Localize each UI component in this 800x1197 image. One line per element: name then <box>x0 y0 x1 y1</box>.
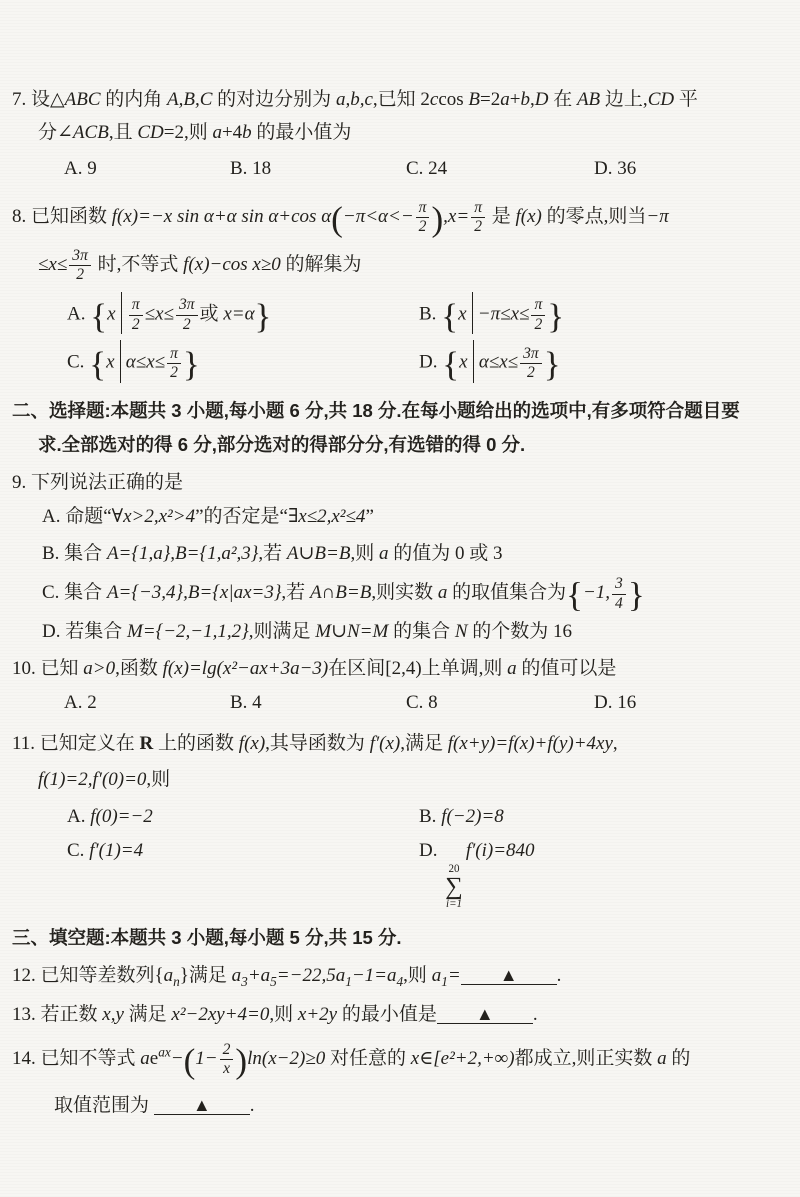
q9-option-b: B. 集合 A={1,a},B={1,a²,3},若 A∪B=B,则 a 的值为… <box>12 540 786 569</box>
q7-option-d: D. 36 <box>594 155 786 184</box>
fraction: π2 <box>471 200 485 236</box>
q11-option-d: D. 20∑i=1f′(i)=840 <box>419 837 786 910</box>
q14-line-1: 14. 已知不等式 aeax−(1−2x)ln(x−2)≥0 对任意的 x∈[e… <box>12 1042 786 1078</box>
set-builder-bar <box>120 340 121 383</box>
q8-option-a: A. {xπ2≤x≤3π2或 x=α} <box>67 292 419 335</box>
q8-line-1: 8. 已知函数 f(x)=−x sin α+α sin α+cos α(−π<α… <box>12 200 786 236</box>
q10-option-d: D. 16 <box>594 689 786 718</box>
fraction: 34 <box>612 576 626 612</box>
set-builder-bar <box>473 340 474 383</box>
fraction: π2 <box>531 297 545 333</box>
fraction: π2 <box>167 346 181 382</box>
q8-options-row-1: A. {xπ2≤x≤3π2或 x=α} B. {x−π≤x≤π2} <box>12 292 786 335</box>
q11-options-row-1: A. f(0)=−2 B. f(−2)=8 <box>12 803 786 832</box>
q7-options-row: A. 9 B. 18 C. 24 D. 36 <box>12 155 786 184</box>
q11-line-2: f(1)=2,f′(0)=0,则 <box>12 766 786 795</box>
q9-option-d: D. 若集合 M={−2,−1,1,2},则满足 M∪N=M 的集合 N 的个数… <box>12 618 786 647</box>
q10-options-row: A. 2 B. 4 C. 8 D. 16 <box>12 689 786 718</box>
q11-line-1: 11. 已知定义在 R 上的函数 f(x),其导函数为 f′(x),满足 f(x… <box>12 730 786 759</box>
q13-line-1: 13. 若正数 x,y 满足 x²−2xy+4=0,则 x+2y 的最小值是▲. <box>12 1001 786 1030</box>
fraction: π2 <box>129 297 143 333</box>
q8-line-2: ≤x≤3π2 时,不等式 f(x)−cos x≥0 的解集为 <box>12 248 786 284</box>
q7-line-2: 分∠ACB,且 CD=2,则 a+4b 的最小值为 <box>12 119 786 148</box>
q11-options-row-2: C. f′(1)=4 D. 20∑i=1f′(i)=840 <box>12 837 786 910</box>
q14-line-2: 取值范围为 ▲. <box>12 1092 786 1121</box>
q9-stem: 9. 下列说法正确的是 <box>12 469 786 498</box>
q10-option-c: C. 8 <box>406 689 594 718</box>
section-3-header: 三、填空题:本题共 3 小题,每小题 5 分,共 15 分. <box>12 924 786 952</box>
q11-option-c: C. f′(1)=4 <box>67 837 419 910</box>
q10-option-a: A. 2 <box>64 689 230 718</box>
q10-option-b: B. 4 <box>230 689 406 718</box>
summation-sigma: 20∑i=1 <box>445 864 463 910</box>
section-2-header-line-1: 二、选择题:本题共 3 小题,每小题 6 分,共 18 分.在每小题给出的选项中… <box>12 397 786 425</box>
q9-option-a: A. 命题“∀x>2,x²>4”的否定是“∃x≤2,x²≤4” <box>12 503 786 532</box>
q9-option-c: C. 集合 A={−3,4},B={x|ax=3},若 A∩B=B,则实数 a … <box>12 576 786 612</box>
fraction: 3π2 <box>69 248 91 284</box>
q7-option-a: A. 9 <box>64 155 230 184</box>
q8-option-c: C. {xα≤x≤π2} <box>67 340 419 383</box>
q8-option-b: B. {x−π≤x≤π2} <box>419 292 786 335</box>
fraction: π2 <box>416 200 430 236</box>
q12-line-1: 12. 已知等差数列{an}满足 a3+a5=−22,5a1−1=a4,则 a1… <box>12 962 786 992</box>
set-builder-bar <box>472 292 473 335</box>
q8-option-d: D. {xα≤x≤3π2} <box>419 340 786 383</box>
q10-line-1: 10. 已知 a>0,函数 f(x)=lg(x²−ax+3a−3)在区间[2,4… <box>12 655 786 684</box>
section-2-header-line-2: 求.全部选对的得 6 分,部分选对的得部分分,有选错的得 0 分. <box>12 431 786 459</box>
q11-option-b: B. f(−2)=8 <box>419 803 786 832</box>
fraction: 3π2 <box>176 297 198 333</box>
q7-line-1: 7. 设△ABC 的内角 A,B,C 的对边分别为 a,b,c,已知 2ccos… <box>12 86 786 115</box>
fraction: 2x <box>220 1042 234 1078</box>
answer-blank: ▲ <box>154 1096 250 1115</box>
fraction: 3π2 <box>520 346 542 382</box>
q7-option-b: B. 18 <box>230 155 406 184</box>
set-builder-bar <box>121 292 122 335</box>
answer-blank: ▲ <box>437 1005 533 1024</box>
q11-option-a: A. f(0)=−2 <box>67 803 419 832</box>
answer-blank: ▲ <box>461 966 557 985</box>
exam-page: 7. 设△ABC 的内角 A,B,C 的对边分别为 a,b,c,已知 2ccos… <box>0 0 800 1120</box>
q7-option-c: C. 24 <box>406 155 594 184</box>
q8-options-row-2: C. {xα≤x≤π2} D. {xα≤x≤3π2} <box>12 340 786 383</box>
